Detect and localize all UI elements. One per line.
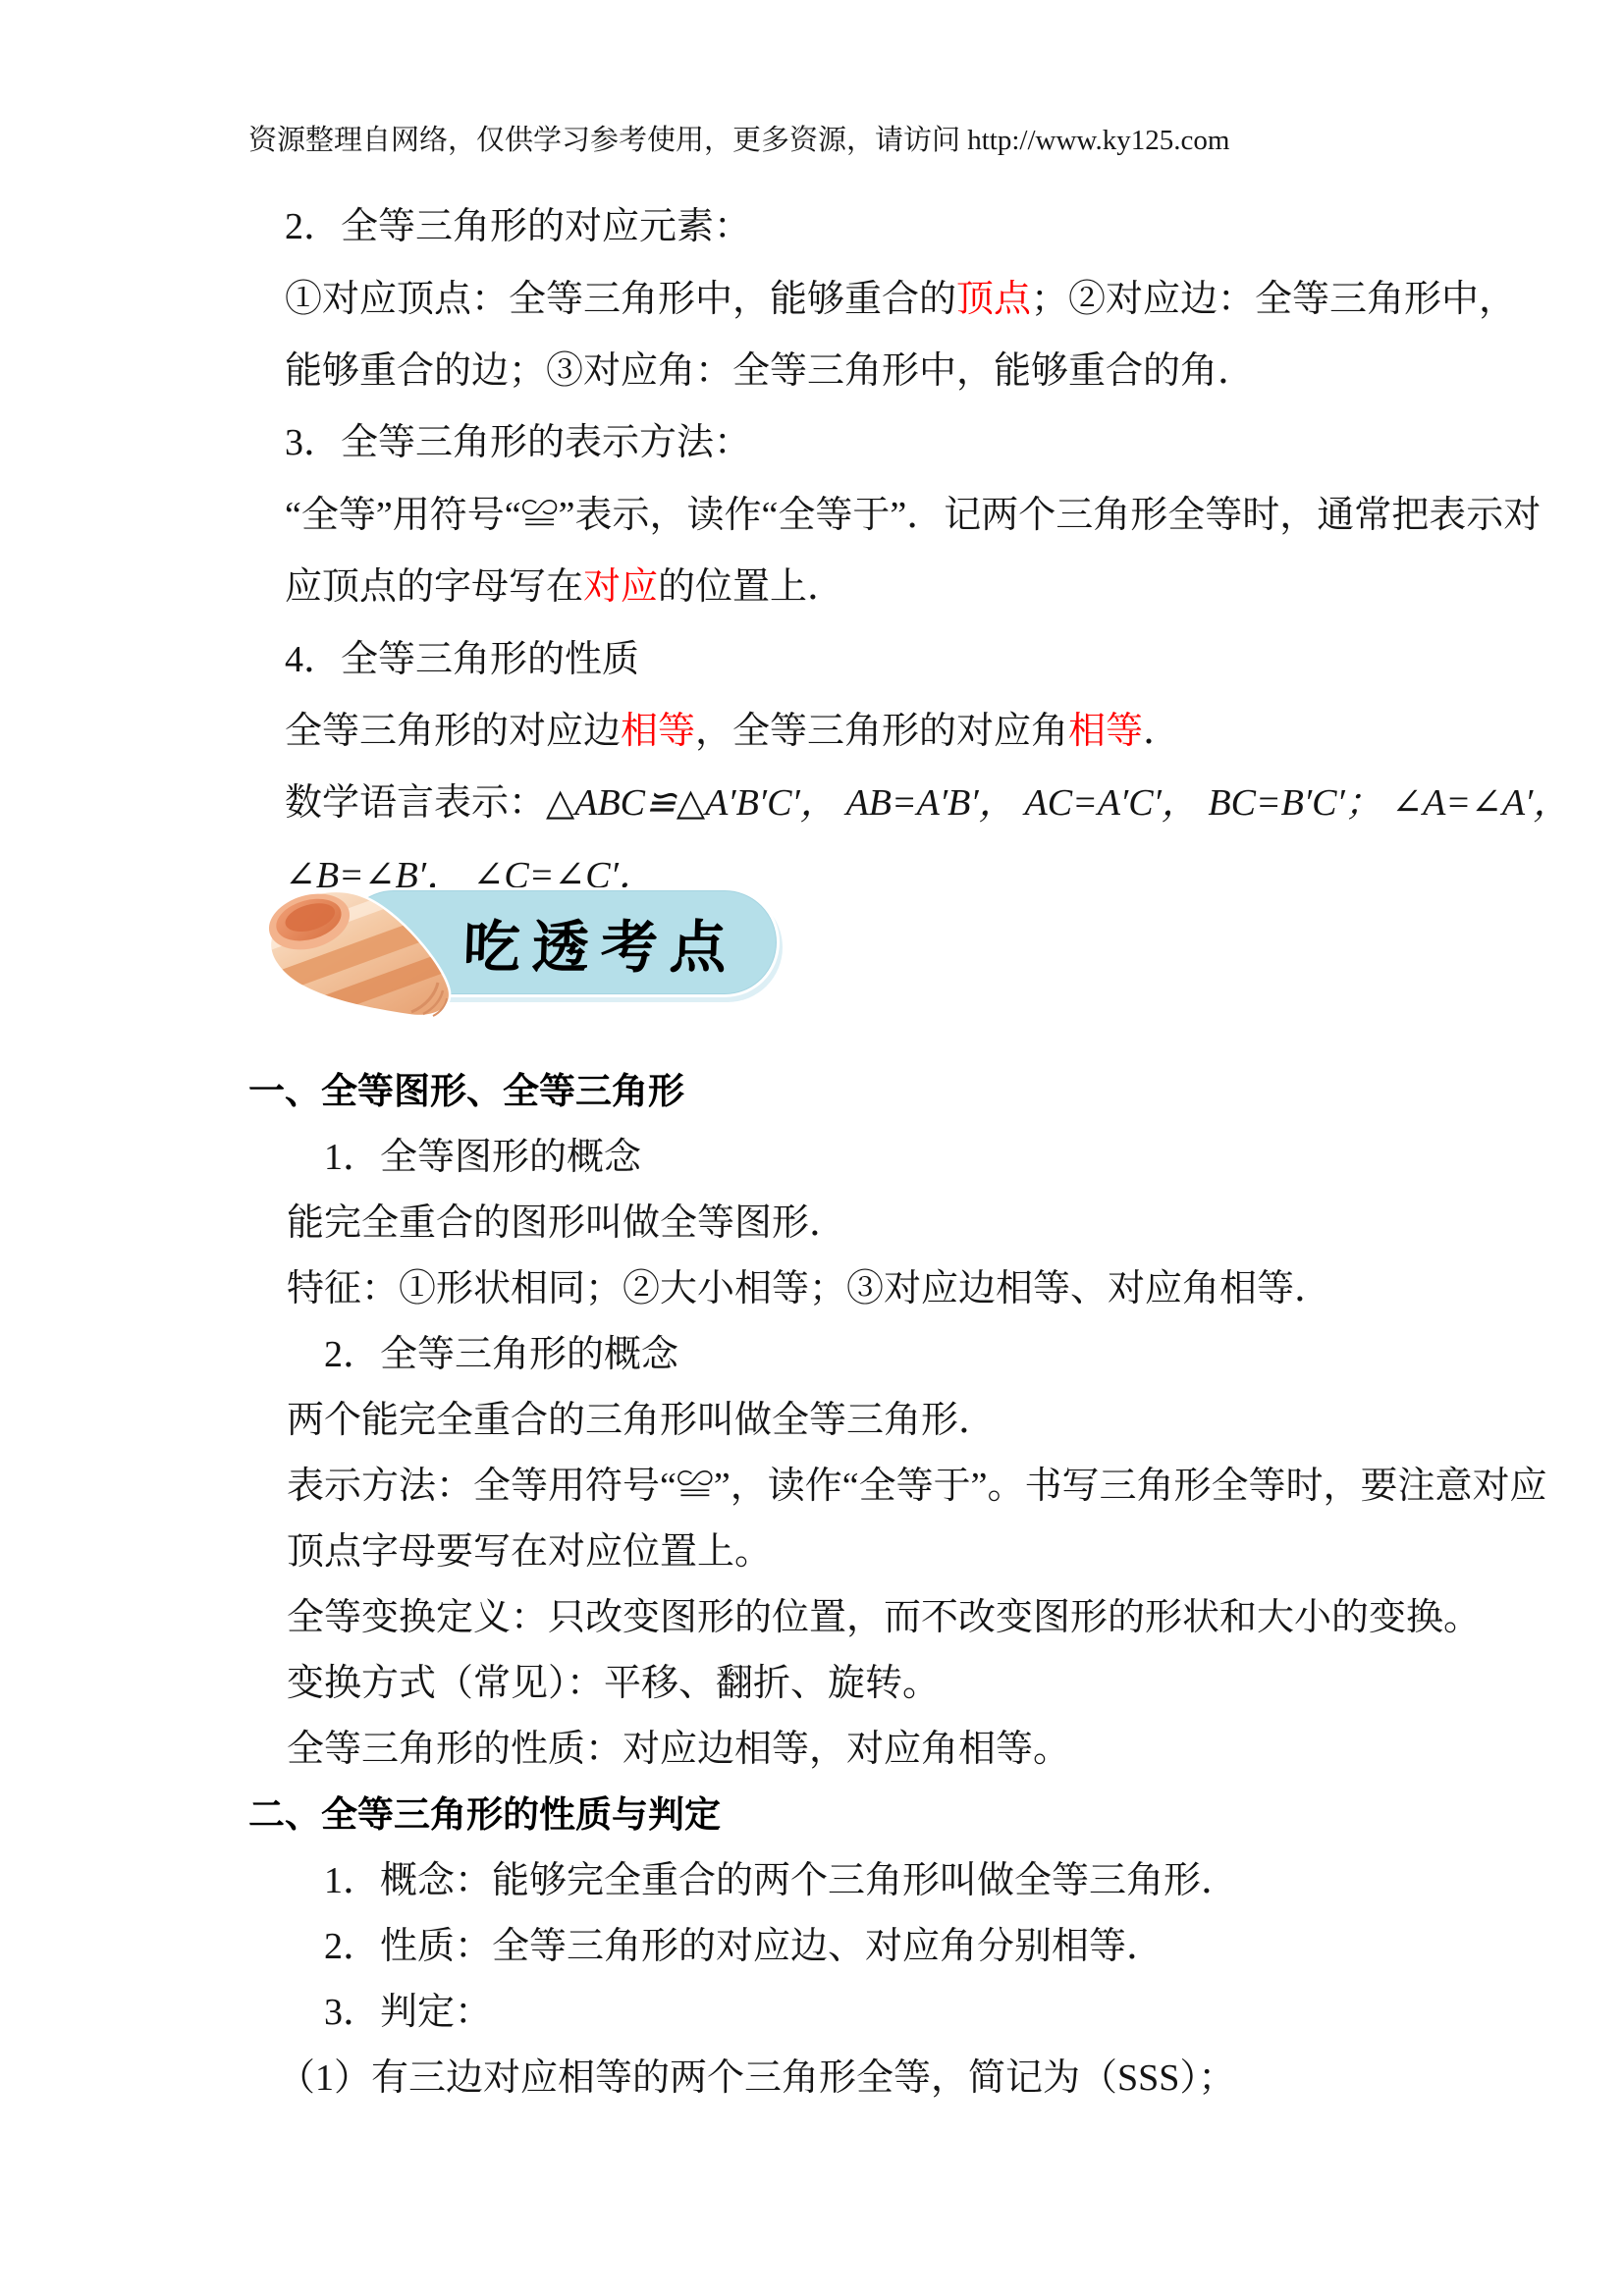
text-segment: 2．性质：全等三角形的对应边、对应角分别相等．	[324, 1915, 1164, 1969]
sec2-line-2: 2．性质：全等三角形的对应边、对应角分别相等．	[248, 1909, 1486, 1975]
text-segment: 1．全等图形的概念	[324, 1126, 641, 1180]
top-line-1: 2．全等三角形的对应元素：	[285, 187, 1473, 258]
text-segment: 4．全等三角形的性质	[285, 628, 639, 682]
text-segment: 3．全等三角形的表示方法：	[285, 411, 751, 465]
sec2-line-1: 1．概念：能够完全重合的两个三角形叫做全等三角形．	[248, 1843, 1486, 1909]
highlight-red: 顶点	[956, 268, 1031, 322]
text-segment: ，全等三角形的对应角	[695, 700, 1068, 754]
notes-top-block: 2．全等三角形的对应元素： ①对应顶点：全等三角形中，能够重合的顶点；②对应边：…	[285, 187, 1473, 907]
sec1-line-4: 2．全等三角形的概念	[248, 1317, 1486, 1383]
text-segment: 特征：①形状相同；②大小相等；③对应边相等、对应角相等．	[287, 1257, 1331, 1311]
top-line-9: 数学语言表示：△ABC≌△A′B′C′， AB=A′B′， AC=A′C′， B…	[285, 763, 1473, 834]
highlight-red: 相等	[621, 700, 695, 754]
top-line-4: 3．全等三角形的表示方法：	[285, 402, 1473, 474]
sec1-line-8: 全等变换定义：只改变图形的位置，而不改变图形的形状和大小的变换。	[248, 1580, 1486, 1646]
text-segment: 数学语言表示：	[285, 772, 546, 826]
top-line-3: 能够重合的边；③对应角：全等三角形中，能够重合的角．	[285, 331, 1473, 402]
sec1-line-5: 两个能完全重合的三角形叫做全等三角形．	[248, 1383, 1486, 1449]
section-two-heading: 二、全等三角形的性质与判定	[248, 1778, 1486, 1843]
text-segment: 的位置上．	[658, 556, 844, 610]
top-line-2: ①对应顶点：全等三角形中，能够重合的顶点；②对应边：全等三角形中，	[285, 258, 1473, 330]
text-segment: （1）有三边对应相等的两个三角形全等，简记为（SSS）；	[278, 2047, 1235, 2101]
section-one-heading: 一、全等图形、全等三角形	[248, 1054, 1486, 1120]
sec1-line-6: 表示方法：全等用符号“≌”，读作“全等于”。书写三角形全等时，要注意对应	[248, 1449, 1486, 1515]
math-expression: △ABC≌△A′B′C′， AB=A′B′， AC=A′C′， BC=B′C′；…	[546, 772, 1570, 826]
sec1-line-2: 能完全重合的图形叫做全等图形．	[248, 1186, 1486, 1252]
sec1-line-7: 顶点字母要写在对应位置上。	[248, 1515, 1486, 1580]
sec1-line-10: 全等三角形的性质：对应边相等，对应角相等。	[248, 1712, 1486, 1778]
sec1-line-3: 特征：①形状相同；②大小相等；③对应边相等、对应角相等．	[248, 1252, 1486, 1317]
heading-text: 二、全等三角形的性质与判定	[248, 1785, 721, 1838]
sec2-line-4: （1）有三边对应相等的两个三角形全等，简记为（SSS）；	[248, 2041, 1486, 2107]
badge-label: 吃透考点	[462, 901, 740, 984]
sec2-line-3: 3．判定：	[248, 1975, 1486, 2041]
text-segment: 能够重合的边；③对应角：全等三角形中，能够重合的角．	[285, 340, 1255, 394]
text-segment: 3．判定：	[324, 1981, 492, 2035]
document-page: 资源整理自网络，仅供学习参考使用，更多资源，请访问 http://www.ky1…	[0, 0, 1624, 2296]
exam-points-badge: 吃透考点	[248, 877, 798, 1029]
text-segment: 2．全等三角形的概念	[324, 1323, 678, 1377]
top-line-8: 全等三角形的对应边相等，全等三角形的对应角相等．	[285, 691, 1473, 763]
text-segment: “全等”用符号“≌”表示，读作“全等于”．记两个三角形全等时，通常把表示对	[285, 484, 1541, 538]
text-segment: 能完全重合的图形叫做全等图形．	[287, 1192, 846, 1246]
heading-text: 一、全等图形、全等三角形	[248, 1061, 684, 1114]
text-segment: 两个能完全重合的三角形叫做全等三角形．	[287, 1389, 996, 1443]
text-segment: 表示方法：全等用符号“≌”，读作“全等于”。书写三角形全等时，要注意对应	[287, 1455, 1546, 1509]
sec1-line-1: 1．全等图形的概念	[248, 1120, 1486, 1186]
key-points-block: 一、全等图形、全等三角形 1．全等图形的概念 能完全重合的图形叫做全等图形． 特…	[248, 1054, 1486, 2107]
highlight-red: 相等	[1068, 700, 1143, 754]
text-segment: 2．全等三角形的对应元素：	[285, 195, 751, 249]
text-segment: 全等变换定义：只改变图形的位置，而不改变图形的形状和大小的变换。	[287, 1586, 1481, 1640]
text-segment: 全等三角形的性质：对应边相等，对应角相等。	[287, 1718, 1070, 1772]
conch-shell-icon	[248, 877, 479, 1024]
text-segment: 1．概念：能够完全重合的两个三角形叫做全等三角形．	[324, 1849, 1238, 1903]
top-line-7: 4．全等三角形的性质	[285, 618, 1473, 690]
text-segment: 顶点字母要写在对应位置上。	[287, 1521, 772, 1575]
highlight-red: 对应	[583, 556, 658, 610]
text-segment: ①对应顶点：全等三角形中，能够重合的	[285, 268, 956, 322]
top-line-6: 应顶点的字母写在对应的位置上．	[285, 547, 1473, 618]
page-header-note: 资源整理自网络，仅供学习参考使用，更多资源，请访问 http://www.ky1…	[248, 118, 1229, 158]
text-segment: ；②对应边：全等三角形中，	[1031, 268, 1516, 322]
text-segment: 变换方式（常见）：平移、翻折、旋转。	[287, 1652, 940, 1706]
text-segment: 应顶点的字母写在	[285, 556, 583, 610]
text-segment: ．	[1143, 700, 1180, 754]
text-segment: 全等三角形的对应边	[285, 700, 621, 754]
sec1-line-9: 变换方式（常见）：平移、翻折、旋转。	[248, 1646, 1486, 1712]
top-line-5: “全等”用符号“≌”表示，读作“全等于”．记两个三角形全等时，通常把表示对	[285, 475, 1473, 547]
